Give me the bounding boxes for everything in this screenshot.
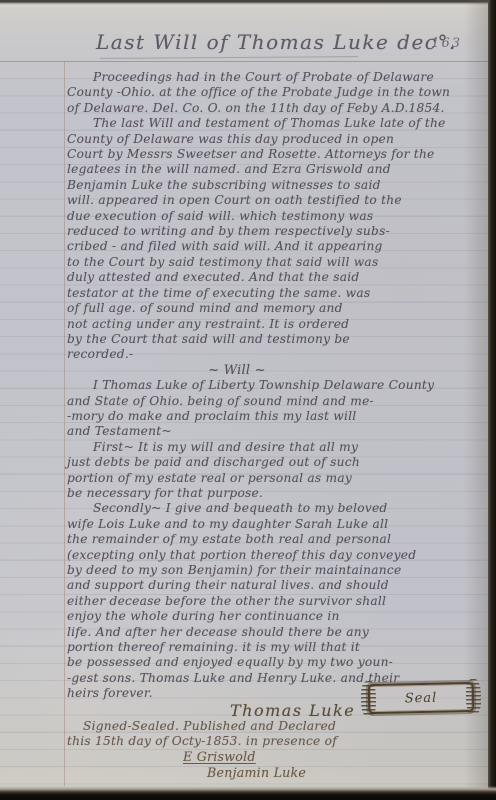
manuscript-line: and State of Ohio. being of sound mind a… <box>67 394 491 409</box>
page-curve-shadow <box>464 0 488 800</box>
manuscript-line: Benjamin Luke the subscribing witnesses … <box>67 178 491 193</box>
manuscript-line: testator at the time of executing the sa… <box>67 286 491 301</box>
manuscript-line: recorded.- <box>67 347 491 362</box>
manuscript-line: portion of my estate real or personal as… <box>67 471 491 486</box>
manuscript-line: will. appeared in open Court on oath tes… <box>67 193 491 208</box>
manuscript-line: cribed - and filed with said will. And i… <box>67 239 491 254</box>
manuscript-line: Proceedings had in the Court of Probate … <box>67 70 491 85</box>
manuscript-line: legatees in the will named. and Ezra Gri… <box>67 162 491 177</box>
manuscript-line: by deed to my son Benjamin) for their ma… <box>67 563 491 578</box>
wax-seal: Seal <box>368 682 475 714</box>
manuscript-line: First~ It is my will and desire that all… <box>67 440 491 455</box>
book-right-edge <box>488 0 496 800</box>
book-top-edge <box>0 0 496 10</box>
manuscript-line: Benjamin Luke <box>67 765 491 780</box>
manuscript-line: and support during their natural lives. … <box>67 578 491 593</box>
manuscript-line: this 15th day of Octy-1853. in presence … <box>67 734 491 749</box>
manuscript-line: of full age. of sound mind and memory an… <box>67 301 491 316</box>
manuscript-line: the remainder of my estate both real and… <box>67 532 491 547</box>
manuscript-line: duly attested and executed. And that the… <box>67 270 491 285</box>
manuscript-line: either decease before the other the surv… <box>67 594 491 609</box>
manuscript-line: to the Court by said testimony that said… <box>67 255 491 270</box>
left-margin-line <box>64 62 65 786</box>
header-rule-line <box>0 61 488 62</box>
page-number: 163 <box>431 36 462 51</box>
manuscript-line: ~ Will ~ <box>67 363 491 378</box>
manuscript: Proceedings had in the Court of Probate … <box>67 70 491 780</box>
manuscript-line: due execution of said will. which testim… <box>67 209 491 224</box>
manuscript-line: and Testament~ <box>67 424 491 439</box>
manuscript-line: County -Ohio. at the office of the Proba… <box>67 85 491 100</box>
manuscript-line: E Griswold <box>67 749 491 764</box>
seal-scribble-left <box>361 681 377 717</box>
manuscript-line: just debts be paid and discharged out of… <box>67 455 491 470</box>
manuscript-line: Court by Messrs Sweetser and Rosette. At… <box>67 147 491 162</box>
manuscript-line: not acting under any restraint. It is or… <box>67 317 491 332</box>
manuscript-line: -mory do make and proclaim this my last … <box>67 409 491 424</box>
manuscript-line: (excepting only that portion thereof thi… <box>67 548 491 563</box>
manuscript-line: life. And after her decease should there… <box>67 625 491 640</box>
manuscript-line: enjoy the whole during her continuance i… <box>67 609 491 624</box>
manuscript-line: be possessed and enjoyed equally by my t… <box>67 655 491 670</box>
manuscript-line: I Thomas Luke of Liberty Township Delawa… <box>67 378 491 393</box>
page-title: Last Will of Thomas Luke dec°. <box>96 30 457 54</box>
manuscript-line: be necessary for that purpose. <box>67 486 491 501</box>
manuscript-line: reduced to writing and by them respectiv… <box>67 224 491 239</box>
manuscript-line: portion thereof remaining. it is my will… <box>67 640 491 655</box>
book-bottom-edge <box>0 786 496 800</box>
manuscript-line: Secondly~ I give and bequeath to my belo… <box>67 501 491 516</box>
manuscript-line: The last Will and testament of Thomas Lu… <box>67 116 491 131</box>
seal-label: Seal <box>405 690 438 706</box>
manuscript-line: wife Lois Luke and to my daughter Sarah … <box>67 517 491 532</box>
manuscript-line: of Delaware. Del. Co. O. on the 11th day… <box>67 101 491 116</box>
manuscript-line: by the Court that said will and testimon… <box>67 332 491 347</box>
manuscript-line: County of Delaware was this day produced… <box>67 132 491 147</box>
manuscript-line: Signed-Sealed. Published and Declared <box>67 719 491 734</box>
